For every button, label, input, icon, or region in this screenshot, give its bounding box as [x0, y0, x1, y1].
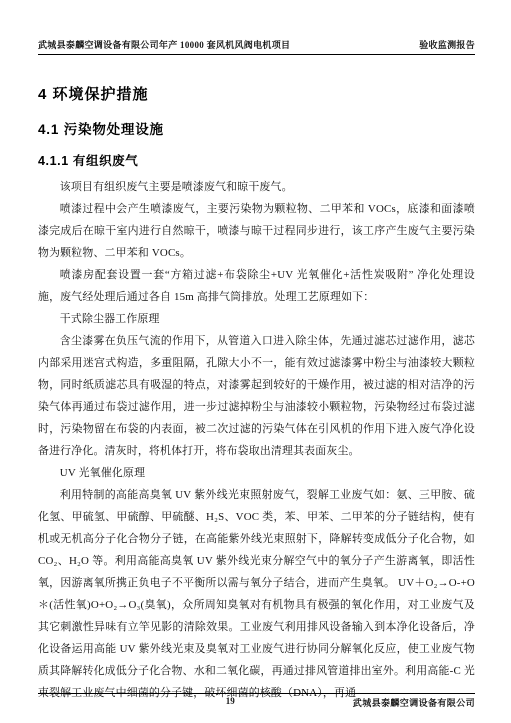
- paragraph-spray-waste-gas: 喷漆过程中会产生喷漆废气，主要污染物为颗粒物、二甲苯和 VOCs，底漆和面漆喷漆…: [38, 198, 475, 264]
- header-report-label: 验收监测报告: [419, 38, 475, 51]
- paragraph-dry-dust-collector-principle: 含尘漆雾在负压气流的作用下，从管道入口进入除尘体，先通过滤芯过滤作用，滤芯内部采…: [38, 330, 475, 462]
- paragraph-uv-catalysis-title: UV 光氧催化原理: [38, 462, 475, 484]
- paragraph-treatment-facility: 喷漆房配套设置一套“方箱过滤+布袋除尘+UV 光氧催化+活性炭吸附” 净化处理设…: [38, 264, 475, 308]
- paragraph-intro: 该项目有组织废气主要是喷漆废气和晾干废气。: [38, 176, 475, 198]
- section-heading-level2: 4.1 污染物处理设施: [38, 118, 475, 138]
- page-header: 武城县泰麟空调设备有限公司年产 10000 套风机风阀电机项目 验收监测报告: [38, 38, 475, 55]
- header-project-title: 武城县泰麟空调设备有限公司年产 10000 套风机风阀电机项目: [38, 38, 290, 51]
- paragraph-dry-dust-collector-title: 干式除尘器工作原理: [38, 308, 475, 330]
- footer-company-name: 武城县泰麟空调设备有限公司: [353, 696, 475, 709]
- page-number: 19: [226, 696, 235, 706]
- paragraph-uv-catalysis-principle: 利用特制的高能高臭氧 UV 紫外线光束照射废气，裂解工业废气如：氨、三甲胺、硫化…: [38, 484, 475, 704]
- document-body: 4 环境保护措施 4.1 污染物处理设施 4.1.1 有组织废气 该项目有组织废…: [38, 57, 475, 704]
- paragraph-block: 该项目有组织废气主要是喷漆废气和晾干废气。 喷漆过程中会产生喷漆废气，主要污染物…: [38, 176, 475, 704]
- page-footer: 19 武城县泰麟空调设备有限公司: [38, 693, 475, 712]
- document-page: 武城县泰麟空调设备有限公司年产 10000 套风机风阀电机项目 验收监测报告 4…: [0, 0, 511, 723]
- section-heading-level1: 4 环境保护措施: [38, 83, 475, 104]
- section-heading-level3: 4.1.1 有组织废气: [38, 151, 475, 169]
